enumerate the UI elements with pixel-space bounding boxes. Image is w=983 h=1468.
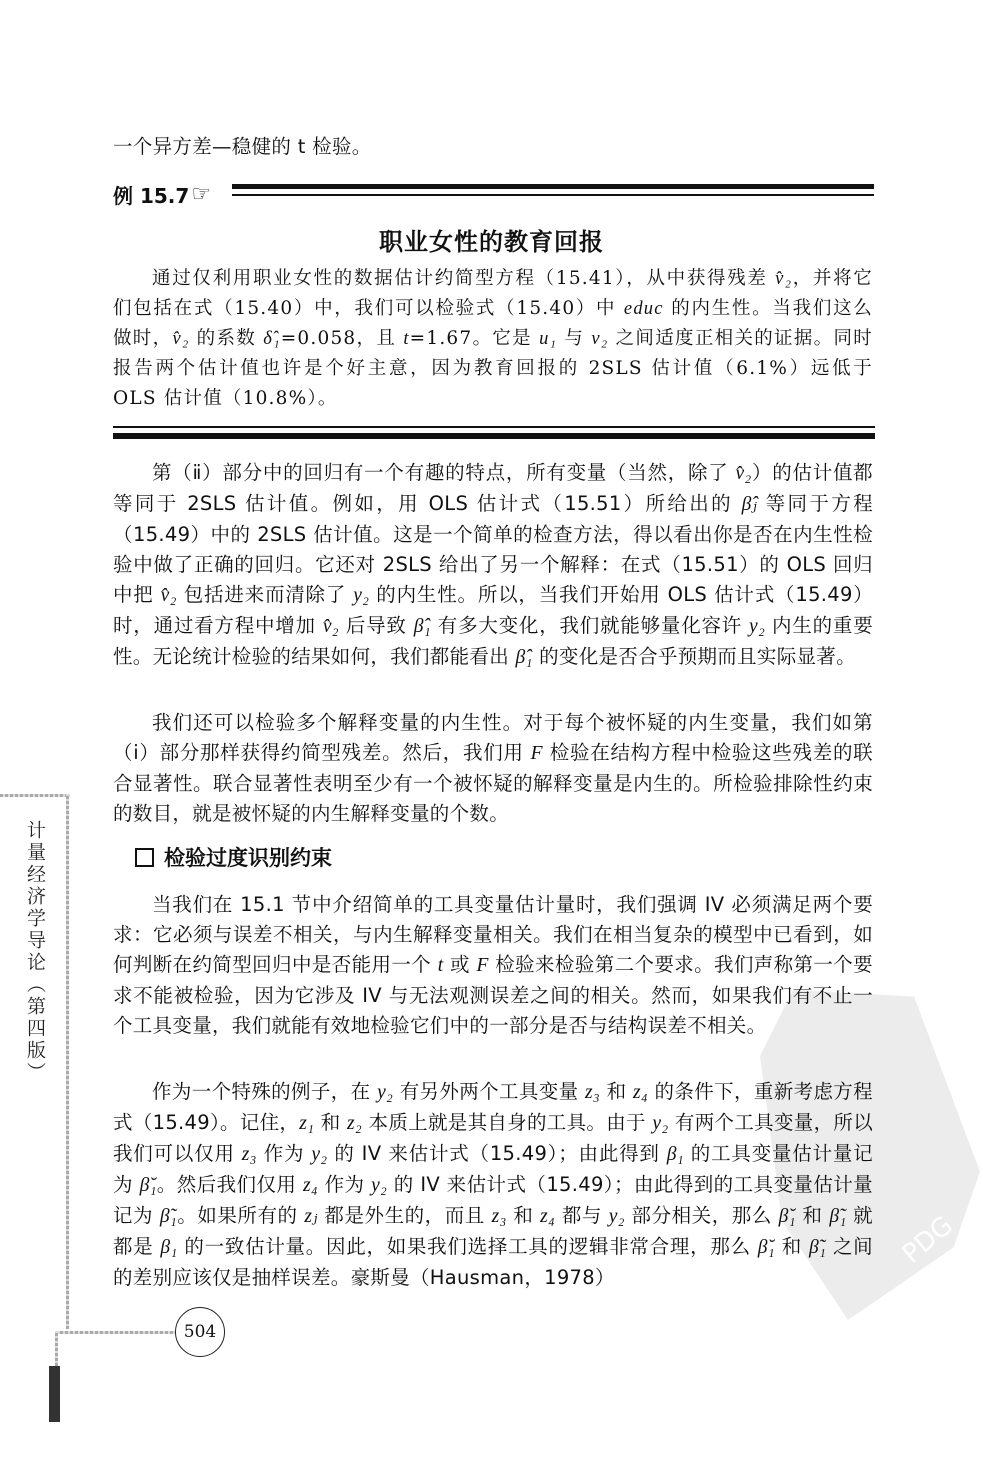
paragraph-4: 作为一个特殊的例子，在 y₂ 有另外两个工具变量 z₃ 和 z₄ 的条件下，重新… bbox=[113, 1077, 873, 1293]
pointing-hand-icon: ☞ bbox=[191, 182, 211, 207]
paragraph-2: 我们还可以检验多个解释变量的内生性。对于每个被怀疑的内生变量，我们如第（ⅰ）部分… bbox=[113, 708, 873, 829]
side-border-top bbox=[0, 794, 70, 797]
example-label: 例 15.7 bbox=[113, 180, 189, 209]
side-border-vertical bbox=[66, 794, 69, 1329]
intro-line: 一个异方差—稳健的 t 检验。 bbox=[113, 132, 873, 162]
example-header: 例 15.7 ☞ bbox=[113, 180, 211, 209]
paragraph-3: 当我们在 15.1 节中介绍简单的工具变量估计量时，我们强调 IV 必须满足两个… bbox=[113, 890, 873, 1041]
example-rule-thin bbox=[232, 194, 874, 196]
square-bullet-icon bbox=[135, 848, 154, 867]
example-paragraph: 通过仅利用职业女性的数据估计约简型方程（15.41），从中获得残差 v̂₂，并将… bbox=[113, 264, 873, 414]
example-rule-thick bbox=[232, 184, 874, 189]
example-title: 职业女性的教育回报 bbox=[0, 222, 983, 257]
paragraph-1: 第（ⅱ）部分中的回归有一个有趣的特点，所有变量（当然，除了 v̂₂）的估计值都等… bbox=[113, 458, 873, 673]
page-number: 504 bbox=[175, 1307, 225, 1357]
example-end-rule-thin bbox=[113, 426, 875, 428]
section-heading: 检验过度识别约束 bbox=[135, 842, 332, 872]
footer-dark-bar bbox=[49, 1366, 60, 1422]
footer-border-horizontal bbox=[55, 1331, 175, 1334]
example-end-rule-thick bbox=[113, 433, 875, 439]
book-side-title: 计量经济学导论（第四版） bbox=[22, 820, 46, 1084]
footer-border-vertical bbox=[55, 1331, 58, 1371]
book-page: PDG 一个异方差—稳健的 t 检验。 例 15.7 ☞ 职业女性的教育回报 通… bbox=[0, 0, 983, 1468]
